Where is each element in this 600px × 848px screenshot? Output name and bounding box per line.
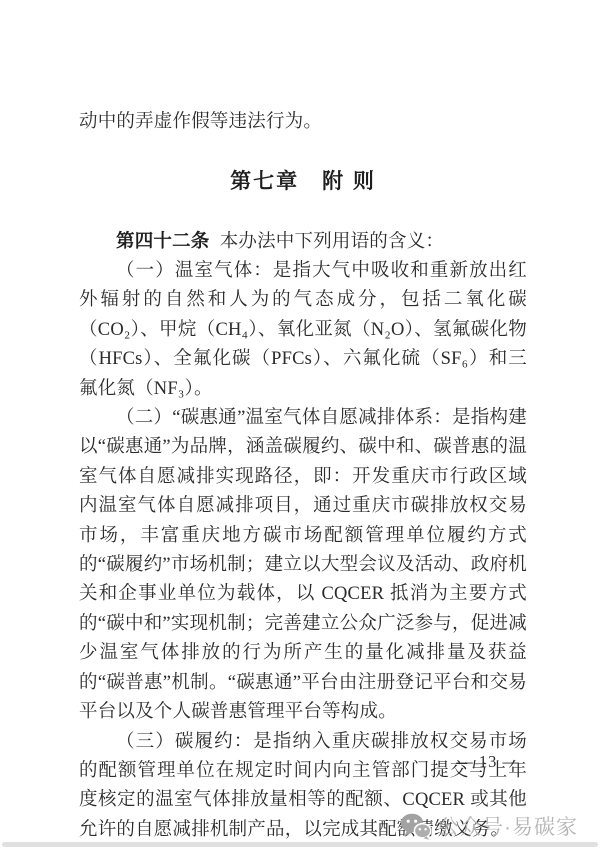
chapter-heading: 第七章 附 则 — [79, 167, 527, 196]
wechat-watermark: 公众号·易碳家 — [400, 811, 578, 841]
horizontal-scrollbar[interactable] — [2, 842, 598, 847]
article-number: 第四十二条 — [116, 230, 210, 251]
continuation-paragraph: 动中的弄虚作假等违法行为。 — [79, 108, 527, 137]
wechat-icon — [400, 813, 431, 840]
page-number: — 13 — — [456, 752, 520, 772]
definition-paragraph-2: （二）“碳惠通”温室气体自愿减排体系：是指构建以“碳惠通”为品牌，涵盖碳履约、碳… — [79, 404, 527, 727]
document-body: 动中的弄虚作假等违法行为。 第七章 附 则 第四十二条本办法中下列用语的含义： … — [79, 108, 527, 845]
article-intro: 本办法中下列用语的含义： — [220, 232, 444, 252]
article-paragraph: 第四十二条本办法中下列用语的含义： — [79, 226, 527, 257]
definition-paragraph-1: （一）温室气体：是指大气中吸收和重新放出红外辐射的自然和人为的气态成分，包括二氧… — [79, 257, 527, 404]
document-page: 动中的弄虚作假等违法行为。 第七章 附 则 第四十二条本办法中下列用语的含义： … — [0, 0, 600, 848]
watermark-label: 公众号·易碳家 — [438, 811, 578, 841]
